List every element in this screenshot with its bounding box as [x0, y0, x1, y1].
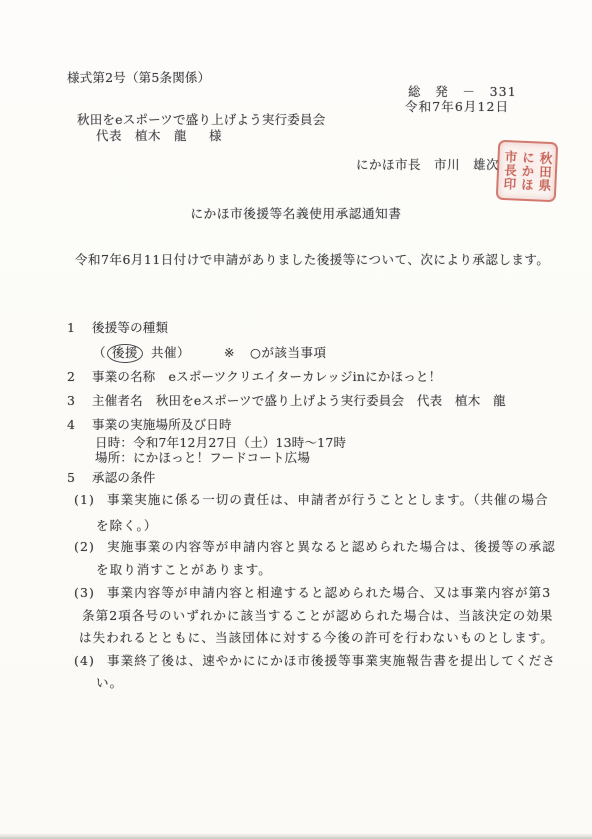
- form-number: 様式第2号（第5条関係）: [67, 70, 210, 86]
- event-datetime: 日時：令和7年12月27日（土）13時～17時: [95, 435, 346, 451]
- item-value: eスポーツクリエイターカレッジinにかほっと！: [169, 369, 442, 384]
- paren-open: （: [93, 345, 106, 360]
- circled-selection: 後援: [107, 344, 143, 363]
- item-3: 3主催者名秋田をeスポーツで盛り上げよう実行委員会 代表 植木 龍: [67, 393, 506, 409]
- item-label: 後援等の種類: [92, 320, 168, 335]
- item-label: 事業の実施場所及び日時: [92, 417, 232, 432]
- item-label: 主催者名: [92, 393, 143, 408]
- choice-note: ○が該当事項: [250, 345, 326, 360]
- condition-1-number: (1): [74, 492, 95, 508]
- event-place: 場所：にかほっと！フードコート広場: [95, 450, 310, 466]
- item-value: 秋田をeスポーツで盛り上げよう実行委員会 代表 植木 龍: [156, 393, 506, 408]
- item-2: 2事業の名称eスポーツクリエイターカレッジinにかほっと！: [67, 369, 441, 385]
- seal-column: 市長印: [502, 150, 518, 191]
- item-number: 2: [67, 369, 92, 385]
- condition-4-number: (4): [74, 653, 95, 669]
- addressee-organization: 秋田をeスポーツで盛り上げよう実行委員会: [77, 112, 325, 128]
- body-text: 令和7年6月11日付けで申請がありました後援等について、次により承認します。: [75, 252, 549, 268]
- item-label: 承認の条件: [92, 470, 156, 485]
- condition-1-line: を除く。）: [96, 518, 158, 534]
- document-number: 総 発 － 331: [408, 84, 517, 100]
- condition-3-number: (3): [74, 585, 95, 601]
- item-number: 4: [67, 417, 92, 433]
- item-4: 4事業の実施場所及び日時: [67, 417, 232, 433]
- condition-2-line: を取り消すことがあります。: [96, 562, 272, 578]
- sponsorship-choice: （後援共催）※○が該当事項: [93, 344, 326, 363]
- seal-column: 秋田県: [537, 151, 553, 192]
- document-title: にかほ市後援等名義使用承認通知書: [190, 206, 401, 222]
- condition-1-line: 事業実施に係る一切の責任は、申請者が行うこととします。（共催の場合: [107, 492, 549, 508]
- honorific: 様: [209, 128, 222, 143]
- condition-3-line: は失われるとともに、当該団体に対する今後の許可を行わないものとします。: [79, 630, 554, 646]
- sender-name: にかほ市長 市川 雄次: [356, 157, 499, 173]
- issue-date: 令和7年6月12日: [405, 99, 509, 115]
- item-label: 事業の名称: [92, 369, 156, 384]
- condition-2-number: (2): [74, 539, 95, 555]
- scan-edge-artifact: [0, 833, 592, 839]
- choice-rest: 共催）: [151, 345, 190, 360]
- seal-column: にかほ: [519, 150, 535, 191]
- condition-4-line: 事業終了後は、速やかににかほ市後援等事業実施報告書を提出してくださ: [107, 653, 556, 669]
- condition-3-line: 事業内容等が申請内容と相違すると認められた場合、又は事業内容が第3: [107, 585, 551, 601]
- condition-2-line: 実施事業の内容等が申請内容と異なると認められた場合は、後援等の承認: [107, 539, 556, 555]
- representative-name: 代表 植木 龍: [96, 128, 187, 143]
- document-page: 様式第2号（第5条関係） 総 発 － 331 令和7年6月12日 秋田をeスポー…: [0, 0, 592, 839]
- item-1: 1後援等の種類: [67, 320, 168, 336]
- condition-3-line: 条第2項各号のいずれかに該当することが認められた場合は、当該決定の効果: [82, 608, 553, 624]
- addressee-representative: 代表 植木 龍様: [96, 128, 222, 144]
- note-mark: ※: [224, 345, 235, 360]
- item-number: 1: [67, 320, 92, 336]
- condition-4-line: い。: [96, 675, 123, 691]
- mayor-seal-stamp: 秋田県 にかほ 市長印: [496, 140, 559, 203]
- item-5: 5承認の条件: [67, 470, 156, 486]
- item-number: 5: [67, 470, 92, 486]
- item-number: 3: [67, 393, 92, 409]
